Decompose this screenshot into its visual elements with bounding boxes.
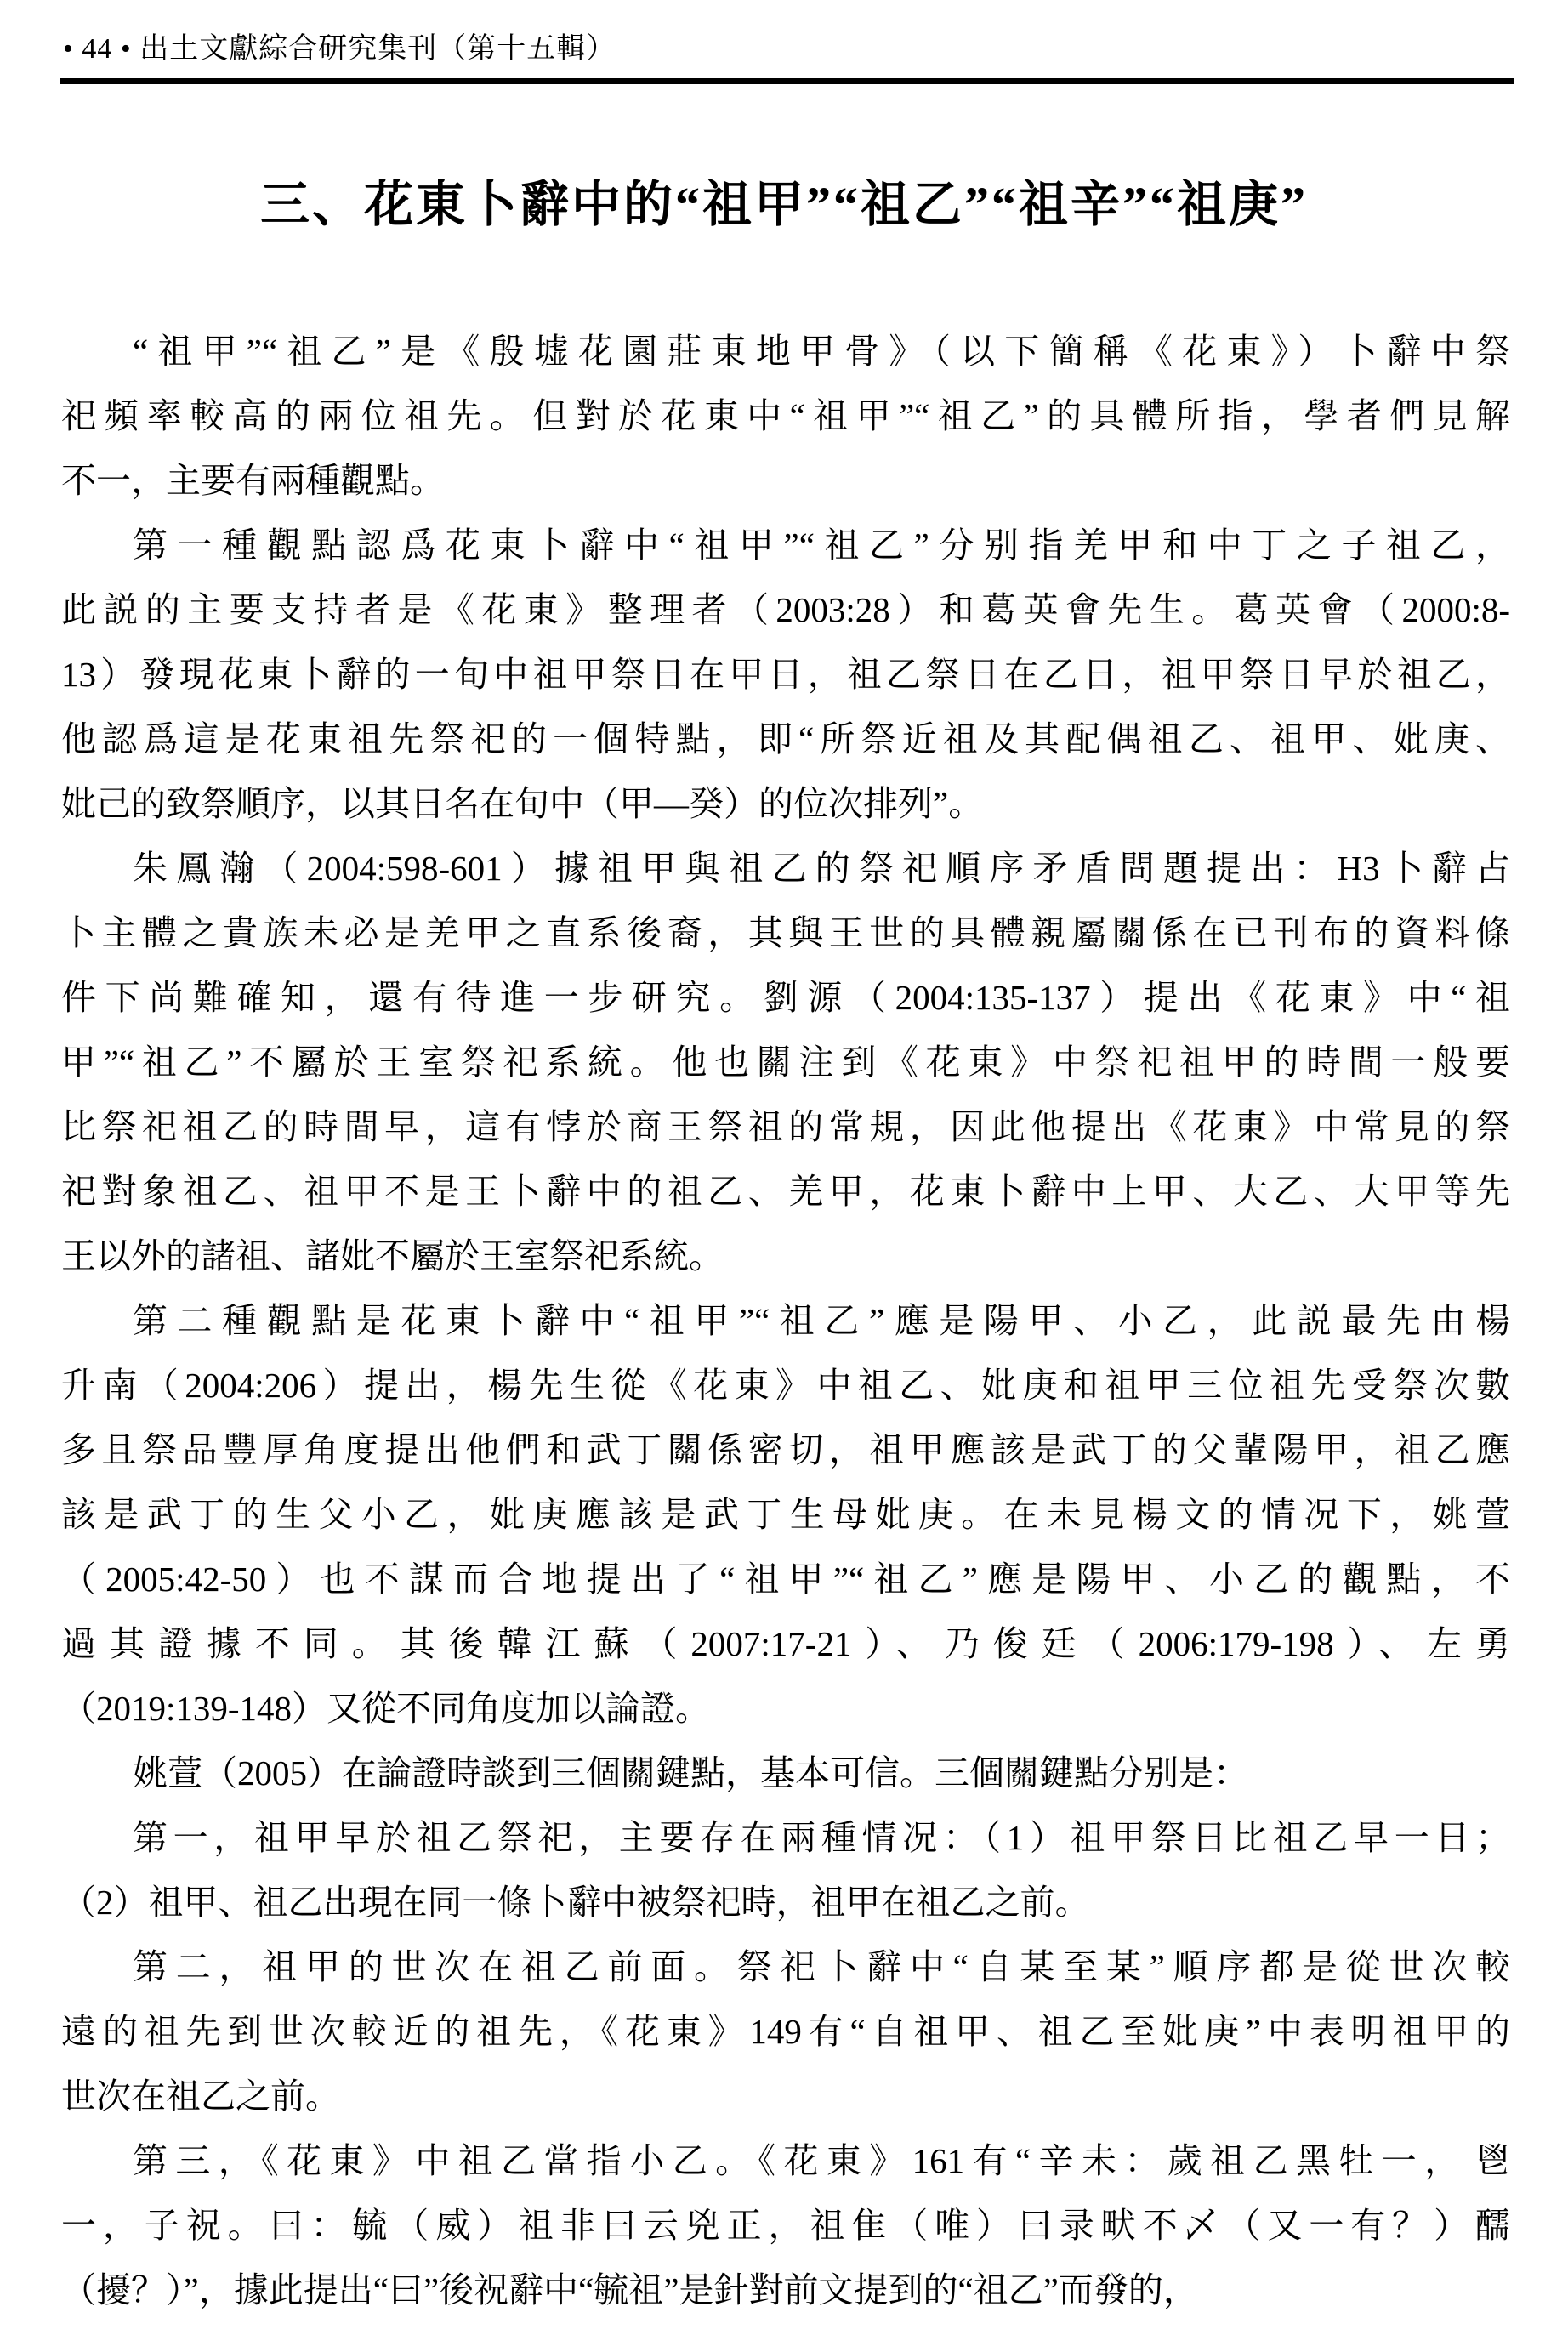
paragraph: 第二種觀點是花東卜辭中“祖甲”“祖乙”應是陽甲、小乙，此説最先由楊升南（2004… — [61, 1288, 1510, 1741]
text-line: 甲”“祖乙”不屬於王室祭祀系統。他也關注到《花東》中祭祀祖甲的時間一般要 — [61, 1030, 1510, 1094]
text-line: 姚萱（2005）在論證時談到三個關鍵點，基本可信。三個關鍵點分别是： — [61, 1741, 1510, 1805]
paragraph: 朱鳳瀚（2004:598-601）據祖甲與祖乙的祭祀順序矛盾問題提出：H3卜辭占… — [61, 836, 1510, 1288]
section-title: 三、花東卜辭中的“祖甲”“祖乙”“祖辛”“祖庚” — [0, 164, 1568, 236]
paragraph: “祖甲”“祖乙”是《殷墟花園莊東地甲骨》（以下簡稱《花東》）卜辭中祭祀頻率較高的… — [61, 319, 1510, 513]
text-line: 第二種觀點是花東卜辭中“祖甲”“祖乙”應是陽甲、小乙，此説最先由楊 — [61, 1288, 1510, 1353]
paragraph: 第一種觀點認爲花東卜辭中“祖甲”“祖乙”分别指羌甲和中丁之子祖乙，此説的主要支持… — [61, 513, 1510, 836]
text-line: 該是武丁的生父小乙，妣庚應該是武丁生母妣庚。在未見楊文的情况下，姚萱 — [61, 1482, 1510, 1547]
text-line: 第三，《花東》中祖乙當指小乙。《花東》161有“辛未：歲祖乙黑牡一，𥘨鬯 — [61, 2128, 1510, 2193]
text-line: 多且祭品豐厚角度提出他們和武丁關係密切，祖甲應該是武丁的父輩陽甲，祖乙應 — [61, 1417, 1510, 1482]
text-line: 妣己的致祭順序，以其日名在旬中（甲—癸）的位次排列”。 — [61, 771, 1510, 836]
text-line: “祖甲”“祖乙”是《殷墟花園莊東地甲骨》（以下簡稱《花東》）卜辭中祭 — [61, 319, 1510, 383]
document-page: • 44 • 出土文獻綜合研究集刊（第十五輯） 三、花東卜辭中的“祖甲”“祖乙”… — [0, 0, 1568, 2352]
text-line: （2）祖甲、祖乙出現在同一條卜辭中被祭祀時，祖甲在祖乙之前。 — [61, 1870, 1510, 1934]
text-line: 比祭祀祖乙的時間早，這有悖於商王祭祖的常規，因此他提出《花東》中常見的祭 — [61, 1094, 1510, 1159]
text-line: 第一種觀點認爲花東卜辭中“祖甲”“祖乙”分别指羌甲和中丁之子祖乙， — [61, 513, 1510, 577]
running-header: • 44 • 出土文獻綜合研究集刊（第十五輯） — [0, 0, 1568, 68]
text-line: （2019:139-148）又從不同角度加以論證。 — [61, 1676, 1510, 1741]
text-line: 過其證據不同。其後韓江蘇（2007:17-21）、乃俊廷（2006:179-19… — [61, 1611, 1510, 1676]
text-line: 卜主體之貴族未必是羌甲之直系後裔，其與王世的具體親屬關係在已刊布的資料條 — [61, 900, 1510, 965]
text-line: 第二，祖甲的世次在祖乙前面。祭祀卜辭中“自某至某”順序都是從世次較 — [61, 1934, 1510, 1999]
header-rule — [60, 78, 1514, 84]
text-line: 不一，主要有兩種觀點。 — [61, 448, 1510, 513]
text-line: 他認爲這是花東祖先祭祀的一個特點，即“所祭近祖及其配偶祖乙、祖甲、妣庚、 — [61, 707, 1510, 771]
text-line: 一，子祝。曰：毓（威）祖非曰云兇正，祖隹（唯）曰录畎不乄（又一有？）醹 — [61, 2193, 1510, 2258]
paragraph: 第一，祖甲早於祖乙祭祀，主要存在兩種情况：（1）祖甲祭日比祖乙早一日；（2）祖甲… — [61, 1805, 1510, 1934]
text-line: 遠的祖先到世次較近的祖先，《花東》149有“自祖甲、祖乙至妣庚”中表明祖甲的 — [61, 1999, 1510, 2064]
text-line: 13）發現花東卜辭的一旬中祖甲祭日在甲日，祖乙祭日在乙日，祖甲祭日早於祖乙， — [61, 642, 1510, 707]
text-line: 祀頻率較高的兩位祖先。但對於花東中“祖甲”“祖乙”的具體所指，學者們見解 — [61, 383, 1510, 448]
text-line: 朱鳳瀚（2004:598-601）據祖甲與祖乙的祭祀順序矛盾問題提出：H3卜辭占 — [61, 836, 1510, 900]
text-line: 件下尚難確知，還有待進一步研究。劉源（2004:135-137）提出《花東》中“… — [61, 965, 1510, 1030]
text-line: （擾？）”，據此提出“曰”後祝辭中“毓祖”是針對前文提到的“祖乙”而發的， — [61, 2258, 1510, 2322]
text-line: 世次在祖乙之前。 — [61, 2064, 1510, 2128]
text-line: 升南（2004:206）提出，楊先生從《花東》中祖乙、妣庚和祖甲三位祖先受祭次數 — [61, 1353, 1510, 1417]
body-paragraphs: “祖甲”“祖乙”是《殷墟花園莊東地甲骨》（以下簡稱《花東》）卜辭中祭祀頻率較高的… — [61, 319, 1510, 2322]
paragraph: 第三，《花東》中祖乙當指小乙。《花東》161有“辛未：歲祖乙黑牡一，𥘨鬯一，子祝… — [61, 2128, 1510, 2322]
text-line: 第一，祖甲早於祖乙祭祀，主要存在兩種情况：（1）祖甲祭日比祖乙早一日； — [61, 1805, 1510, 1870]
text-line: 祀對象祖乙、祖甲不是王卜辭中的祖乙、羌甲，花東卜辭中上甲、大乙、大甲等先 — [61, 1159, 1510, 1224]
paragraph: 姚萱（2005）在論證時談到三個關鍵點，基本可信。三個關鍵點分别是： — [61, 1741, 1510, 1805]
text-line: 此説的主要支持者是《花東》整理者（2003:28）和葛英會先生。葛英會（2000… — [61, 577, 1510, 642]
text-line: 王以外的諸祖、諸妣不屬於王室祭祀系統。 — [61, 1224, 1510, 1288]
text-line: （2005:42-50）也不謀而合地提出了“祖甲”“祖乙”應是陽甲、小乙的觀點，… — [61, 1547, 1510, 1611]
paragraph: 第二，祖甲的世次在祖乙前面。祭祀卜辭中“自某至某”順序都是從世次較遠的祖先到世次… — [61, 1934, 1510, 2128]
